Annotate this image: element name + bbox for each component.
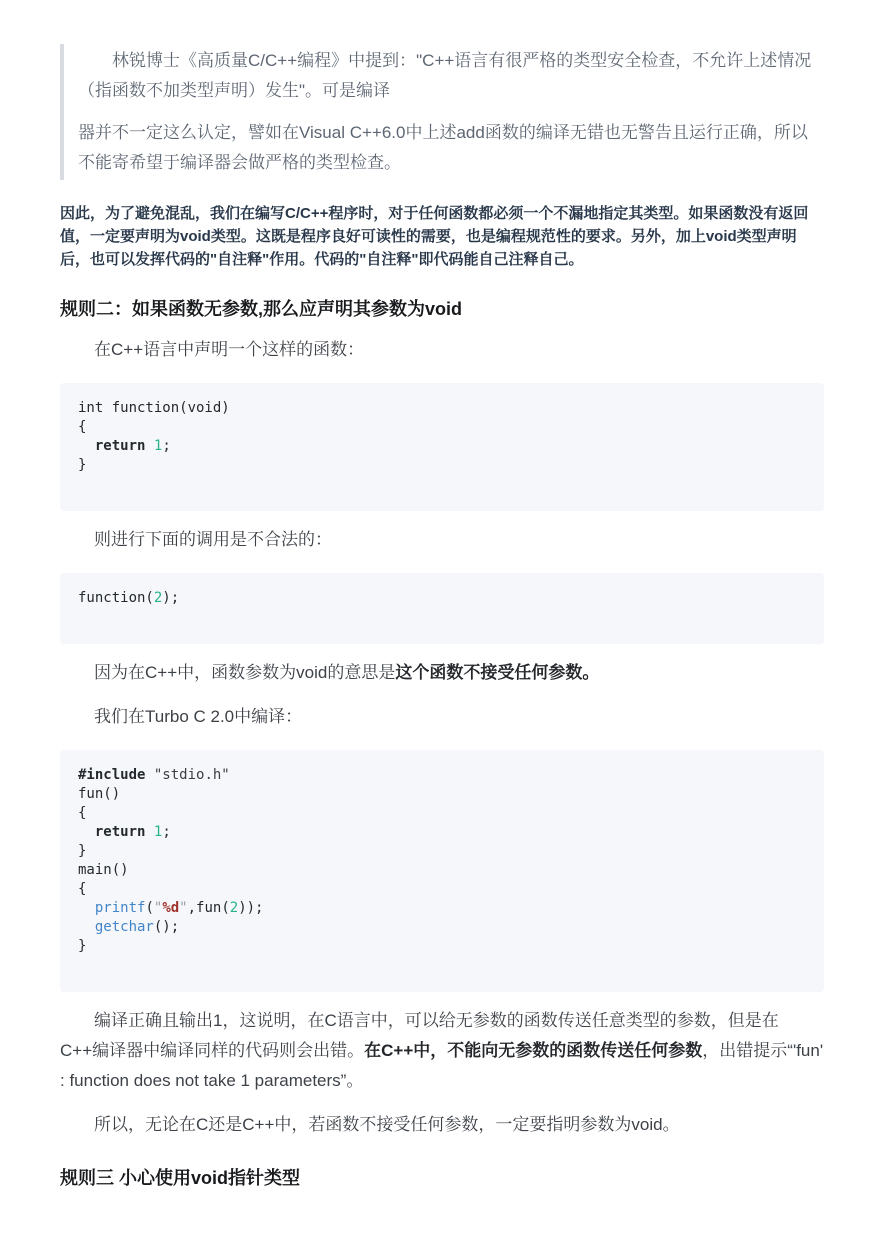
blockquote: 林锐博士《高质量C/C++编程》中提到："C++语言有很严格的类型安全检查，不允… bbox=[60, 44, 824, 180]
paragraph-declare: 在C++语言中声明一个这样的函数： bbox=[60, 335, 824, 365]
paragraph-conclusion: 所以，无论在C还是C++中，若函数不接受任何参数，一定要指明参数为void。 bbox=[60, 1110, 824, 1140]
blockquote-paragraph-2: 器并不一定这么认定，譬如在Visual C++6.0中上述add函数的编译无错也… bbox=[78, 118, 824, 178]
paragraph-turbo: 我们在Turbo C 2.0中编译： bbox=[60, 702, 824, 732]
paragraph-because: 因为在C++中，函数参数为void的意思是这个函数不接受任何参数。 bbox=[60, 658, 824, 688]
code-block-function-declaration: int function(void){ return 1;} bbox=[60, 383, 824, 511]
paragraph-because-text: 因为在C++中，函数参数为void的意思是 bbox=[94, 663, 395, 682]
blockquote-paragraph-1: 林锐博士《高质量C/C++编程》中提到："C++语言有很严格的类型安全检查，不允… bbox=[78, 46, 824, 106]
code-block-turbo-c: #include "stdio.h"fun(){ return 1;}main(… bbox=[60, 750, 824, 992]
heading-rule-2: 规则二：如果函数无参数,那么应声明其参数为void bbox=[60, 297, 824, 321]
article-body: 林锐博士《高质量C/C++编程》中提到："C++语言有很严格的类型安全检查，不允… bbox=[60, 0, 824, 1250]
emphasis-paragraph: 因此，为了避免混乱，我们在编写C/C++程序时，对于任何函数都必须一个不漏地指定… bbox=[60, 202, 824, 271]
paragraph-result: 编译正确且输出1，这说明，在C语言中，可以给无参数的函数传送任意类型的参数，但是… bbox=[60, 1006, 824, 1096]
paragraph-because-bold: 这个函数不接受任何参数。 bbox=[395, 663, 599, 682]
paragraph-result-bold: 在C++中，不能向无参数的函数传送任何参数 bbox=[364, 1041, 702, 1060]
heading-rule-3: 规则三 小心使用void指针类型 bbox=[60, 1166, 824, 1190]
code-block-illegal-call: function(2); bbox=[60, 573, 824, 644]
paragraph-illegal-call: 则进行下面的调用是不合法的： bbox=[60, 525, 824, 555]
